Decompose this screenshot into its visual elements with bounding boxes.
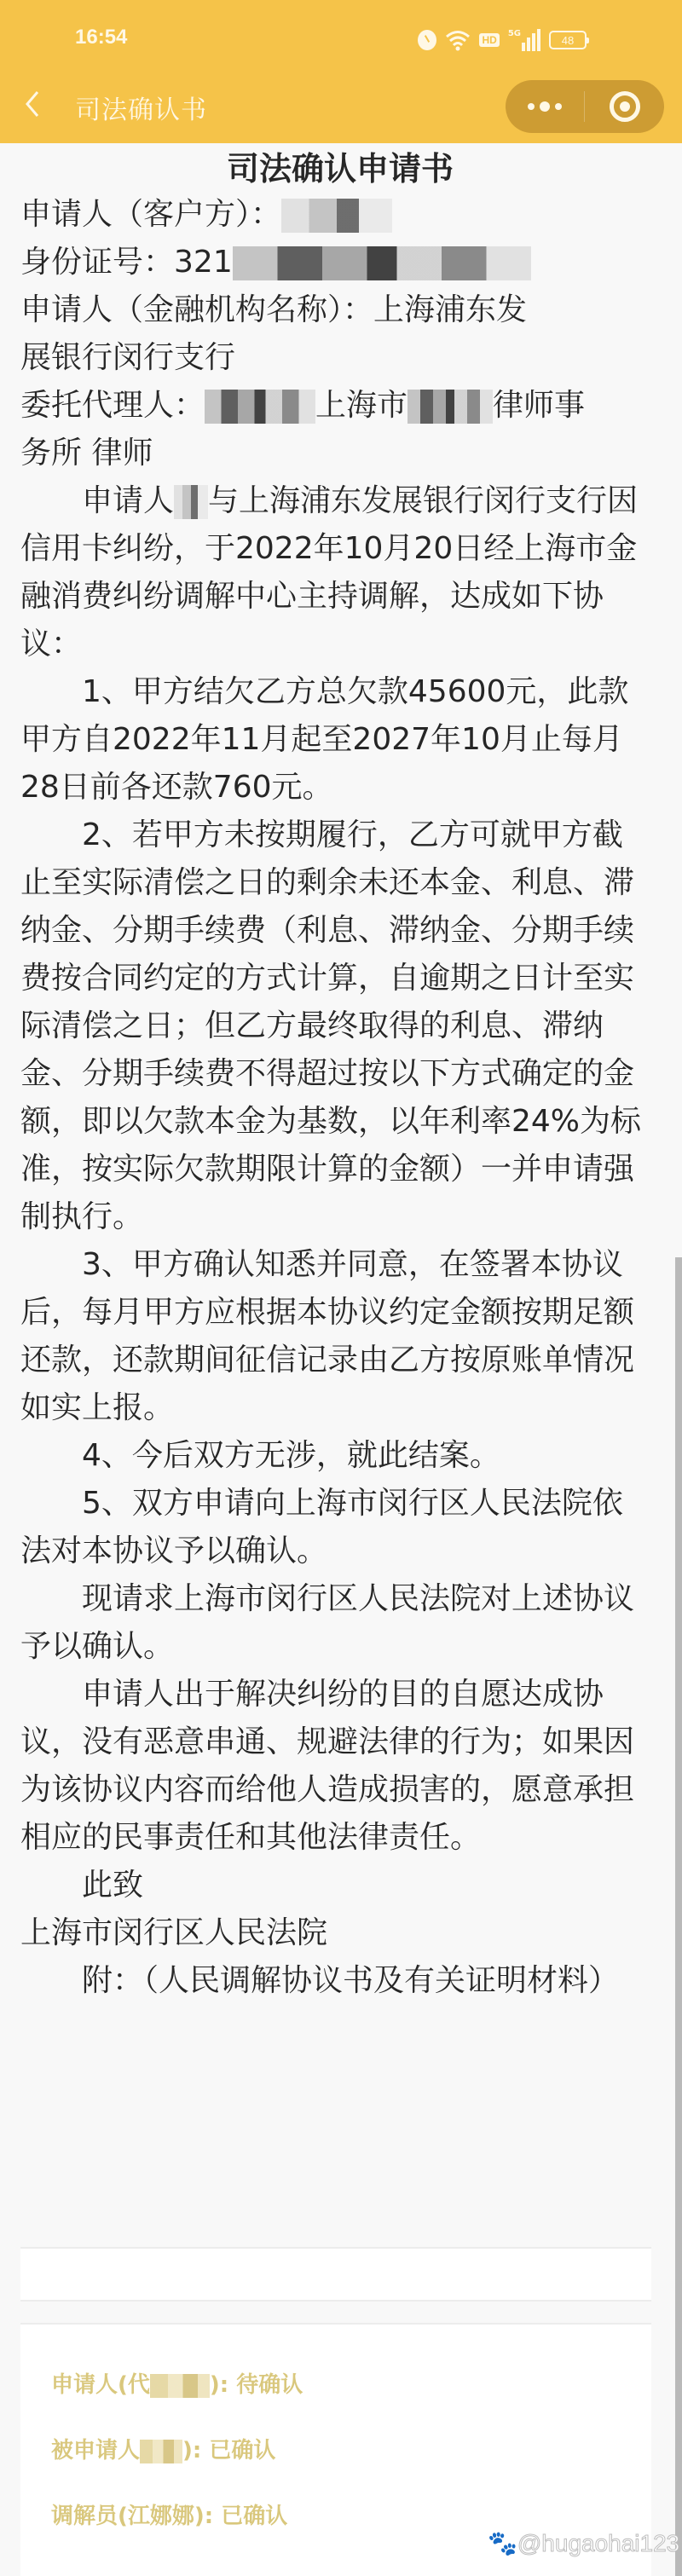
field-label: 申请人（金融机构名称）：: [20, 292, 373, 327]
more-button[interactable]: [506, 80, 584, 133]
redacted-name: [140, 2440, 182, 2463]
id-number-visible: 321: [174, 245, 233, 280]
battery-level: 48: [562, 34, 574, 47]
redacted-id: [233, 246, 531, 280]
agent-firm: 律师事: [493, 388, 585, 423]
5g-signal-icon: 5G: [508, 29, 540, 51]
agent-firm: 上海市: [315, 388, 407, 423]
field-label: 申请人（客户方）：: [20, 197, 281, 232]
party-label: ):: [210, 2372, 228, 2398]
clause-5: 5、双方申请向上海市闵行区人民法院依法对本协议予以确认。: [20, 1480, 651, 1575]
more-dots-icon: [555, 103, 562, 110]
status-icons: HD 5G 48: [418, 29, 587, 51]
more-dots-icon: [540, 101, 550, 112]
empty-card: [20, 2247, 651, 2302]
declaration-paragraph: 申请人出于解决纠纷的目的自愿达成协议，没有恶意串通、规避法律的行为；如果因为该协…: [20, 1671, 651, 1862]
redacted-name: [281, 199, 392, 233]
request-paragraph: 现请求上海市闵行区人民法院对上述协议予以确认。: [20, 1575, 651, 1671]
page-title: 司法确认书: [75, 89, 207, 126]
app-header: 16:54 HD 5G: [0, 0, 682, 143]
close-miniprogram-button[interactable]: [585, 80, 664, 133]
agent-line: 委托代理人：上海市律师事 务所 律师: [20, 382, 651, 477]
watermark-text: @hugaohai123: [517, 2530, 679, 2556]
status-badge: 已确认: [209, 2438, 275, 2463]
field-label: 身份证号：: [20, 245, 174, 280]
miniprogram-capsule: [506, 80, 664, 133]
clause-2: 2、若甲方未按期履行，乙方可就甲方截止至实际清偿之日的剩余未还本金、利息、滞纳金…: [20, 811, 651, 1241]
clause-1: 1、甲方结欠乙方总欠款45600元，此款甲方自2022年11月起至2027年10…: [20, 668, 651, 811]
court-name: 上海市闵行区人民法院: [20, 1909, 651, 1957]
status-time: 16:54: [75, 26, 127, 49]
confirmation-row-applicant: 申请人(代): 待确认: [51, 2367, 303, 2399]
applicant-bank-line: 申请人（金融机构名称）：上海浦东发 展银行闵行支行: [20, 286, 651, 382]
status-bar: 16:54 HD 5G: [0, 24, 682, 58]
party-label: 申请人(代: [51, 2372, 150, 2398]
watermark: 🐾@hugaohai123: [488, 2529, 679, 2557]
attachment-note: 附：（人民调解协议书及有关证明材料）: [20, 1957, 651, 2005]
close-circle-icon: [610, 91, 640, 122]
agent-title: 务所 律师: [20, 436, 153, 471]
redacted-agent: [205, 390, 315, 424]
status-badge: 待确认: [236, 2372, 303, 2398]
confirmation-row-mediator: 调解员(江娜娜): 已确认: [51, 2498, 287, 2530]
wifi-icon: [445, 29, 471, 51]
redacted-firm: [407, 390, 493, 424]
alarm-icon: [418, 30, 436, 50]
intro-paragraph: 申请人与上海浦东发展银行闵行支行因信用卡纠纷，于2022年10月20日经上海市金…: [20, 477, 651, 668]
confirmation-row-respondent: 被申请人): 已确认: [51, 2433, 275, 2464]
salutation: 此致: [20, 1862, 651, 1909]
applicant-client-line: 申请人（客户方）：: [20, 191, 651, 239]
nav-bar: 司法确认书: [0, 77, 682, 136]
id-number-line: 身份证号：321: [20, 239, 651, 286]
document-body: 司法确认申请书 申请人（客户方）： 身份证号：321 申请人（金融机构名称）：上…: [20, 147, 651, 2005]
intro-text: 申请人: [82, 483, 174, 518]
clause-4: 4、今后双方无涉，就此结案。: [20, 1432, 651, 1480]
scrollbar[interactable]: [675, 1257, 682, 2576]
party-label: 被申请人: [51, 2438, 140, 2463]
clause-3: 3、甲方确认知悉并同意，在签署本协议后，每月甲方应根据本协议约定金额按期足额还款…: [20, 1241, 651, 1432]
redacted-name: [174, 485, 208, 519]
back-button[interactable]: [22, 87, 48, 121]
party-label: ):: [182, 2438, 201, 2463]
chevron-left-icon: [22, 87, 43, 121]
bank-name-cont: 展银行闵行支行: [20, 340, 235, 375]
document-title: 司法确认申请书: [20, 147, 651, 191]
party-label: 调解员(江娜娜): [51, 2504, 205, 2529]
field-label: 委托代理人：: [20, 388, 205, 423]
redacted-name: [150, 2374, 210, 2398]
status-badge: 已确认: [221, 2504, 287, 2529]
party-label: :: [205, 2504, 213, 2529]
battery-icon: 48: [549, 31, 587, 49]
bank-name: 上海浦东发: [373, 292, 527, 327]
hd-icon: HD: [479, 33, 499, 47]
more-dots-icon: [528, 103, 535, 110]
paw-icon: 🐾: [488, 2530, 517, 2556]
